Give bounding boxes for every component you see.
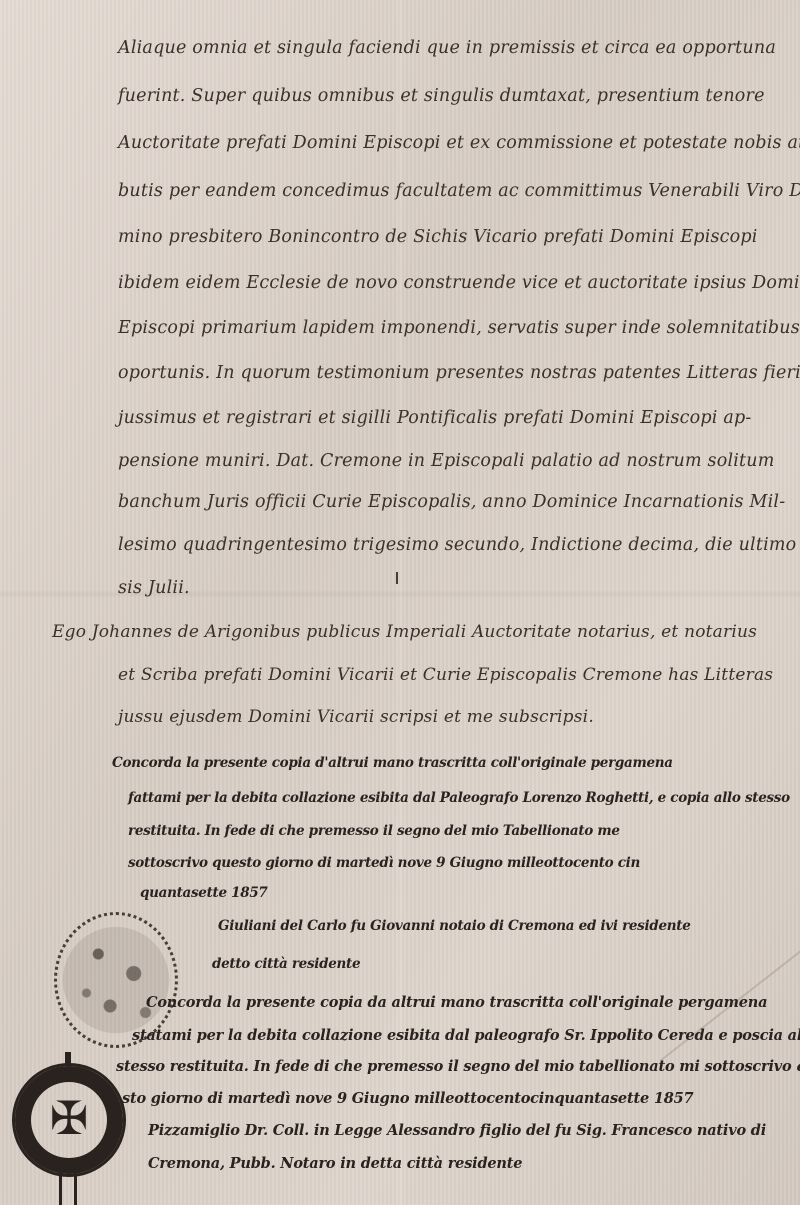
attestation-line: Cremona, Pubb. Notaro in detta città res… [148,1155,522,1172]
main-line: Auctoritate prefati Domini Episcopi et e… [118,133,800,153]
signature-line: detto città residente [212,956,360,972]
seal-stem-bottom [59,1172,77,1205]
notary-line: Ego Johannes de Arigonibus publicus Impe… [52,622,757,642]
center-mark [396,572,398,584]
notary-line: et Scriba prefati Domini Vicarii et Curi… [118,665,773,685]
attestation-line: Concorda la presente copia da altrui man… [146,994,767,1011]
main-line: oportunis. In quorum testimonium present… [118,363,800,383]
attestation-line: stesso restituita. In fede di che premes… [116,1058,800,1075]
main-line: lesimo quadringentesimo trigesimo secund… [118,535,800,555]
attestation-line: sottoscrivo questo giorno di martedì nov… [128,855,640,871]
main-line: pensione muniri. Dat. Cremone in Episcop… [118,451,775,471]
main-line: mino presbitero Bonincontro de Sichis Vi… [118,227,758,247]
notary-line: jussu ejusdem Domini Vicarii scripsi et … [118,707,594,727]
seal-stem-top [65,1052,71,1066]
notarial-seal: ✠ NOTAIO PUBB. · DI CREMONA · [12,1063,126,1177]
attestation-line: fattami per la debita collazione esibita… [128,790,790,806]
main-line: Episcopi primarium lapidem imponendi, se… [118,318,800,338]
main-line: ibidem eidem Ecclesie de novo construend… [118,273,800,293]
attestation-line: sto giorno di martedì nove 9 Giugno mill… [122,1090,693,1107]
attestation-line: restituita. In fede di che premesso il s… [128,823,620,839]
attestation-line: statami per la debita collazione esibita… [132,1027,800,1044]
main-line: butis per eandem concedimus facultatem a… [118,181,800,201]
main-line: Aliaque omnia et singula faciendi que in… [118,38,776,58]
main-line: sis Julii. [118,578,190,598]
attestation-line: quantasette 1857 [140,885,268,901]
signature-line: Giuliani del Carlo fu Giovanni notaio di… [218,918,690,934]
main-line: fuerint. Super quibus omnibus et singuli… [118,86,765,106]
attestation-line: Pizzamiglio Dr. Coll. in Legge Alessandr… [148,1122,766,1139]
seal-ring-text: NOTAIO PUBB. · DI CREMONA · [15,1066,123,1174]
svg-text:NOTAIO PUBB. · DI CREMONA ·: NOTAIO PUBB. · DI CREMONA · [18,1069,120,1138]
main-line: jussimus et registrari et sigilli Pontif… [118,408,752,428]
main-line: banchum Juris officii Curie Episcopalis,… [118,492,785,512]
attestation-line: Concorda la presente copia d'altrui mano… [112,755,673,771]
